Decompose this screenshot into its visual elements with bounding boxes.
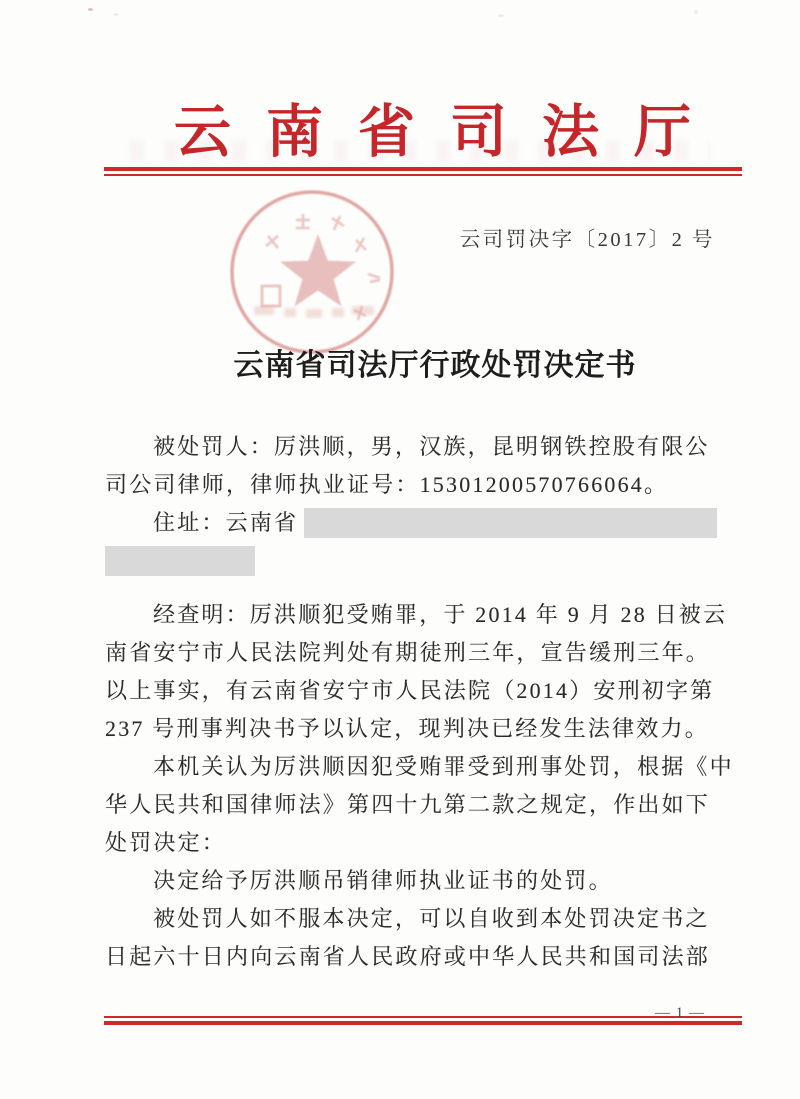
body-line: 237 号刑事判决书予以认定，现判决已经发生法律效力。 [105, 710, 717, 748]
scan-speck [498, 14, 504, 17]
footer-rule-thick [104, 1021, 742, 1025]
body-line: 日起六十日内向云南省人民政府或中华人民共和国司法部 [105, 938, 717, 976]
header-rule-thin [104, 174, 742, 176]
scan-speck [694, 10, 698, 14]
seal-ghost-date [254, 306, 374, 318]
body-line: 被处罚人如不服本决定，可以自收到本处罚决定书之 [105, 900, 717, 938]
address-label: 住址：云南省 [153, 504, 298, 542]
redaction-box [105, 546, 255, 576]
body-line: 华人民共和国律师法》第四十九第二款之规定，作出如下 [105, 786, 717, 824]
star-icon [280, 234, 356, 306]
body-line: 南省安宁市人民法院判处有期徒刑三年，宣告缓刑三年。 [105, 634, 717, 672]
document-page: 云南省司法厅 云司罚决字〔2017〕2 号 [0, 0, 800, 1099]
document-body: 被处罚人：厉洪顺，男，汉族，昆明钢铁控股有限公 司公司律师，律师执业证号：153… [105, 428, 717, 976]
body-line-address: 住址：云南省 [105, 504, 717, 542]
body-line: 本机关认为厉洪顺因犯受贿罪受到刑事处罚，根据《中 [105, 748, 717, 786]
body-line: 经查明：厉洪顺犯受贿罪，于 2014 年 9 月 28 日被云 [105, 596, 717, 634]
body-line: 以上事实，有云南省安宁市人民法院（2014）安刑初字第 [105, 672, 717, 710]
official-seal-icon [228, 188, 396, 356]
body-line: 决定给予厉洪顺吊销律师执业证书的处罚。 [105, 862, 717, 900]
footer-rule-thin [104, 1016, 742, 1018]
body-line-redacted [105, 542, 717, 580]
scan-speck [114, 13, 118, 16]
document-title: 云南省司法厅行政处罚决定书 [0, 340, 800, 384]
redaction-box [304, 508, 717, 538]
bleedthrough-ghost-text [130, 140, 710, 162]
body-line: 司公司律师，律师执业证号：15301200570766064。 [105, 466, 717, 504]
header-rule-thick [104, 167, 742, 171]
body-line: 处罚决定： [105, 824, 717, 862]
page-number: — 1 — [648, 1005, 712, 1022]
scan-speck [88, 8, 93, 11]
body-line: 被处罚人：厉洪顺，男，汉族，昆明钢铁控股有限公 [105, 428, 717, 466]
